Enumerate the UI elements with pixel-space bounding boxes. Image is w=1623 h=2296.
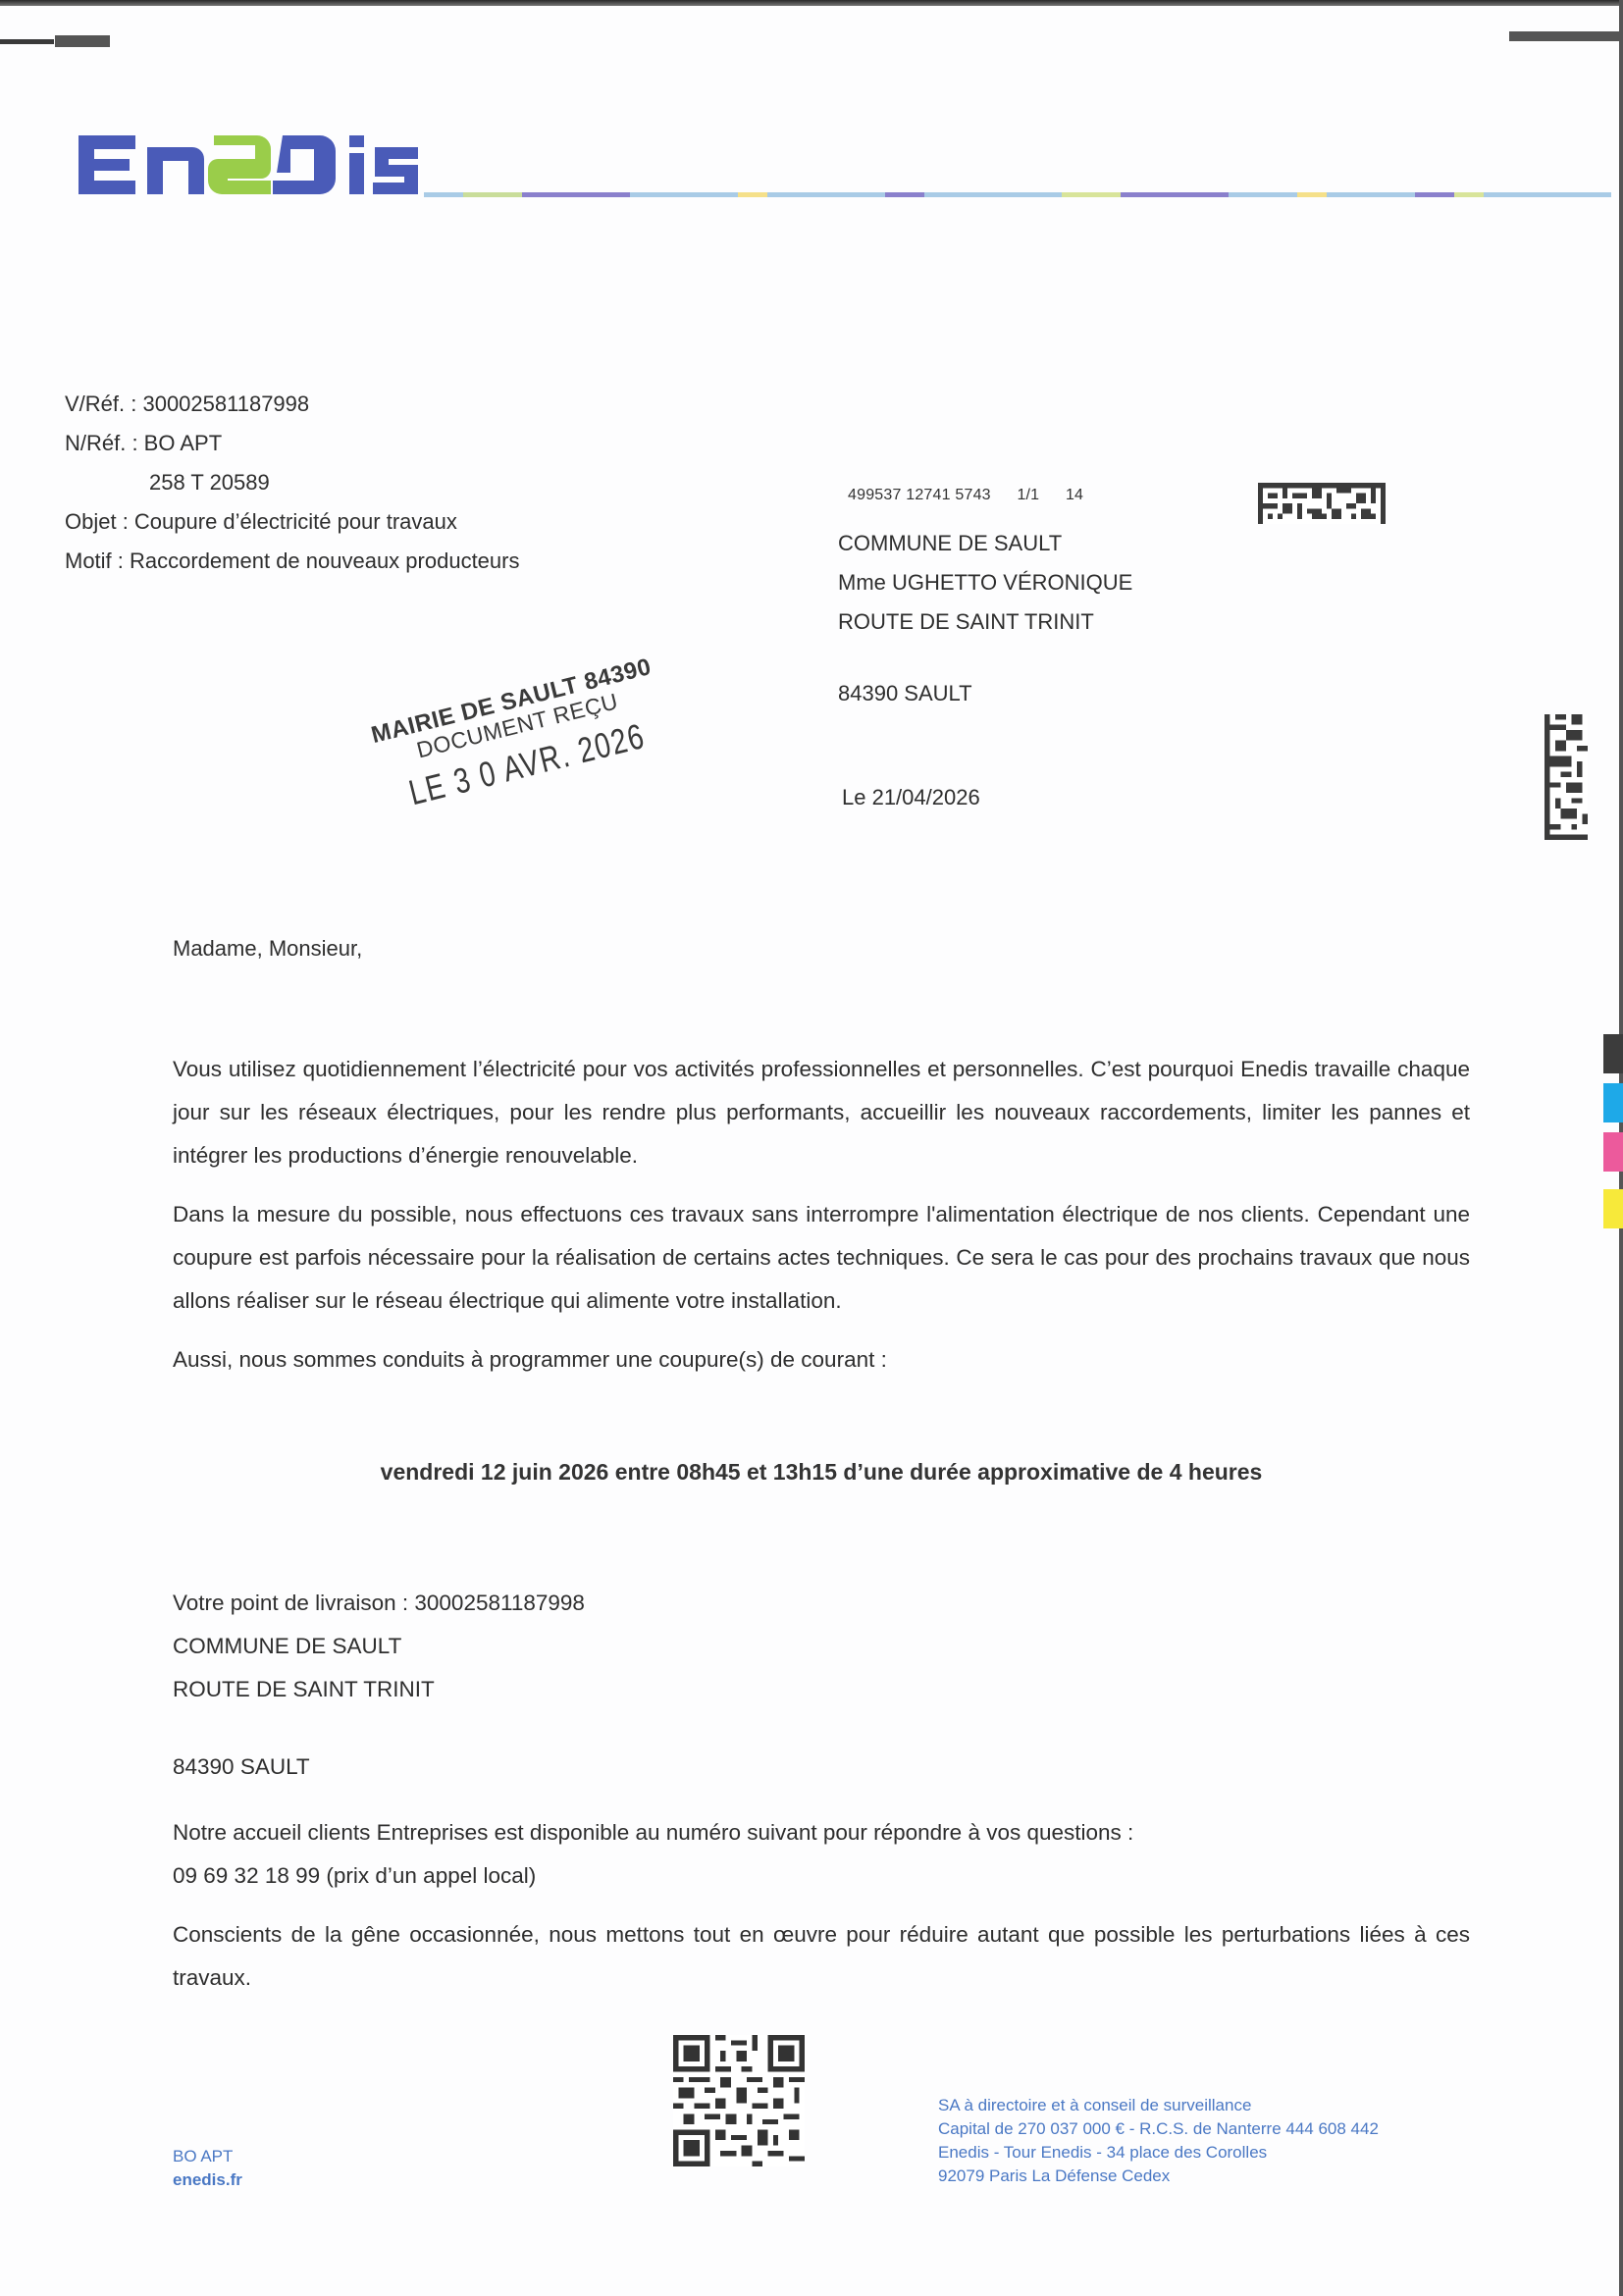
reason: Motif : Raccordement de nouveaux product… [65,542,519,581]
your-reference: V/Réf. : 30002581187998 [65,385,519,424]
received-stamp: MAIRIE DE SAULT 84390 DOCUMENT REÇU LE 3… [356,651,685,822]
calibration-mark-magenta [1603,1132,1623,1172]
reference-block: V/Réf. : 30002581187998 N/Réf. : BO APT … [65,385,519,581]
contact-text: Notre accueil clients Entreprises est di… [173,1811,1133,1854]
delivery-city: 84390 SAULT [173,1754,310,1780]
recipient-name: Mme UGHETTO VÉRONIQUE [838,563,1132,602]
paragraph-outage-announcement: Aussi, nous sommes conduits à programmer… [173,1338,1470,1382]
legal-line-2: Capital de 270 037 000 € - R.C.S. de Nan… [938,2117,1379,2141]
outage-schedule: vendredi 12 juin 2026 entre 08h45 et 13h… [173,1459,1470,1486]
decorative-color-line [424,192,1611,197]
our-reference: N/Réf. : BO APT [65,424,519,463]
calibration-mark-yellow [1603,1189,1623,1228]
scan-tab-left [0,35,110,47]
legal-line-3: Enedis - Tour Enedis - 34 place des Coro… [938,2141,1379,2165]
closing-paragraph: Conscients de la gêne occasionnée, nous … [173,1913,1470,2000]
contact-phone: 09 69 32 18 99 (prix d’un appel local) [173,1854,1133,1898]
enedis-logo [77,126,420,204]
delivery-organization: COMMUNE DE SAULT [173,1625,585,1668]
legal-line-4: 92079 Paris La Défense Cedex [938,2165,1379,2188]
page-count: 1/1 [1017,487,1039,504]
our-reference-code: 258 T 20589 [65,463,519,502]
routing-number: 14 [1066,487,1083,504]
subject: Objet : Coupure d’électricité pour trava… [65,502,519,542]
calibration-mark-cyan [1603,1083,1623,1122]
recipient-street: ROUTE DE SAINT TRINIT [838,602,1132,642]
datamatrix-barcode-icon [1258,483,1386,524]
footer-sender: BO APT enedis.fr [173,2145,242,2192]
letter-date: Le 21/04/2026 [842,785,980,810]
salutation: Madame, Monsieur, [173,936,362,962]
footer-department: BO APT [173,2145,242,2168]
contact-info: Notre accueil clients Entreprises est di… [173,1811,1133,1898]
scan-edge-top [0,0,1623,6]
mail-routing-code: 499537 12741 5743 1/1 14 [848,487,1105,504]
recipient-organization: COMMUNE DE SAULT [838,524,1132,563]
paragraph-works: Dans la mesure du possible, nous effectu… [173,1193,1470,1323]
delivery-point: Votre point de livraison : 3000258118799… [173,1582,585,1711]
legal-line-1: SA à directoire et à conseil de surveill… [938,2094,1379,2117]
delivery-street: ROUTE DE SAINT TRINIT [173,1668,585,1711]
calibration-mark-black [1603,1034,1623,1073]
routing-code: 499537 12741 5743 [848,487,991,504]
footer-legal: SA à directoire et à conseil de surveill… [938,2094,1379,2188]
paragraph-intro: Vous utilisez quotidiennement l’électric… [173,1048,1470,1177]
datamatrix-side-barcode-icon [1544,714,1588,840]
delivery-point-id: Votre point de livraison : 3000258118799… [173,1582,585,1625]
recipient-address: COMMUNE DE SAULT Mme UGHETTO VÉRONIQUE R… [838,524,1132,642]
footer-website-link[interactable]: enedis.fr [173,2168,242,2192]
qr-code-icon [673,2035,805,2166]
recipient-city: 84390 SAULT [838,681,972,706]
scan-tab-right [1509,31,1623,41]
